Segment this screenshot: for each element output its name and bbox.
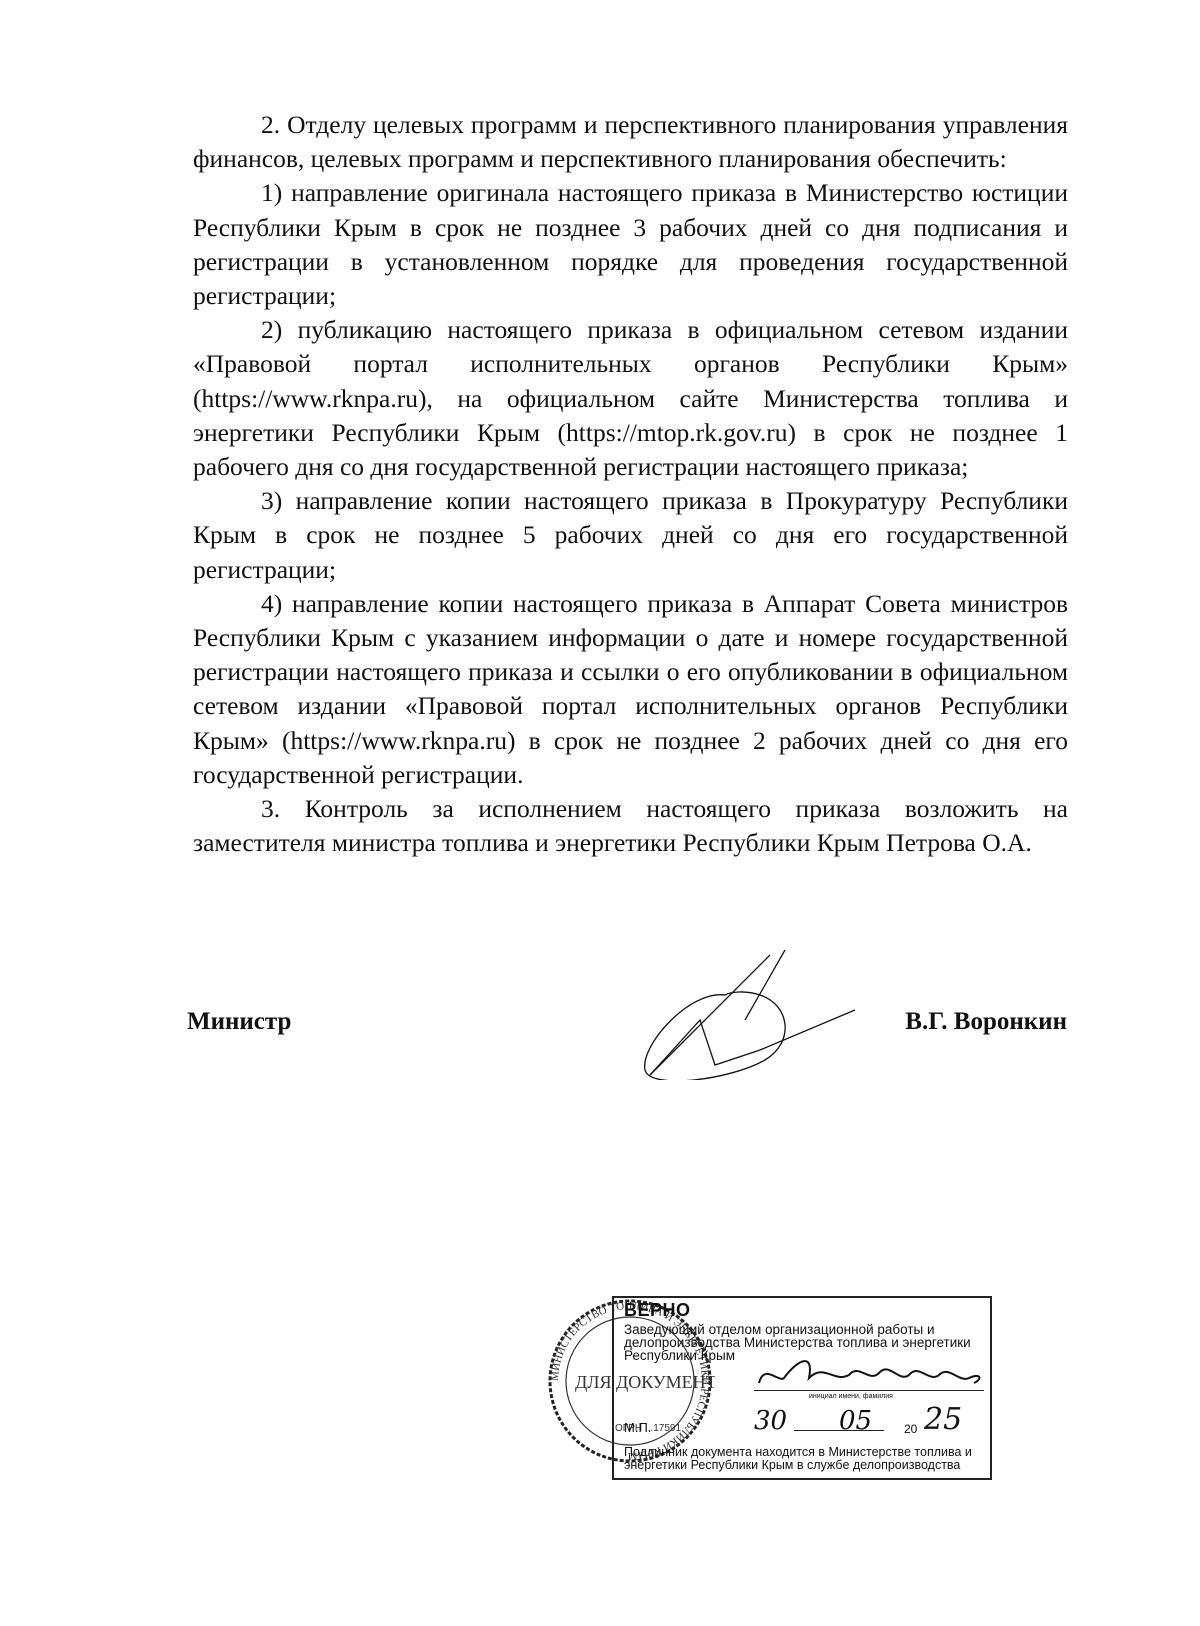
paragraph-2-1: 1) направление оригинала настоящего прик… — [193, 176, 1068, 313]
document-page: 2. Отделу целевых программ и перспективн… — [0, 0, 1200, 1626]
stamp-title: ВЕРНО — [624, 1300, 691, 1321]
paragraph-2-2: 2) публикацию настоящего приказа в офици… — [193, 313, 1068, 484]
date-day: 30 — [754, 1406, 787, 1436]
stamp-footer-text: Подлинник документа находится в Министер… — [624, 1446, 994, 1472]
signature-line — [754, 1390, 984, 1391]
stamp-date: 30 05 20 25 — [744, 1406, 984, 1436]
certification-stamp: ВЕРНО Заведующий отделом организационной… — [612, 1296, 992, 1480]
paragraph-3: 3. Контроль за исполнением настоящего пр… — [193, 792, 1068, 860]
paragraph-2-3: 3) направление копии настоящего приказа … — [193, 484, 1068, 587]
date-year-prefix: 20 — [904, 1422, 917, 1436]
paragraph-2-4: 4) направление копии настоящего приказа … — [193, 587, 1068, 792]
stamp-mp-label: М.П. — [624, 1420, 651, 1435]
paragraph-2: 2. Отделу целевых программ и перспективн… — [193, 108, 1068, 176]
date-month: 05 — [839, 1406, 872, 1436]
signer-position: Министр — [187, 1008, 291, 1036]
signer-name: В.Г. Воронкин — [905, 1008, 1067, 1036]
handwritten-signature — [630, 950, 860, 1080]
signature-caption: инициал имени, фамилия — [809, 1393, 893, 1400]
signature-block: Министр В.Г. Воронкин — [187, 1008, 1067, 1048]
document-body: 2. Отделу целевых программ и перспективн… — [193, 108, 1068, 860]
stamp-handwritten-signature — [754, 1353, 989, 1393]
date-year-suffix: 25 — [924, 1402, 962, 1437]
